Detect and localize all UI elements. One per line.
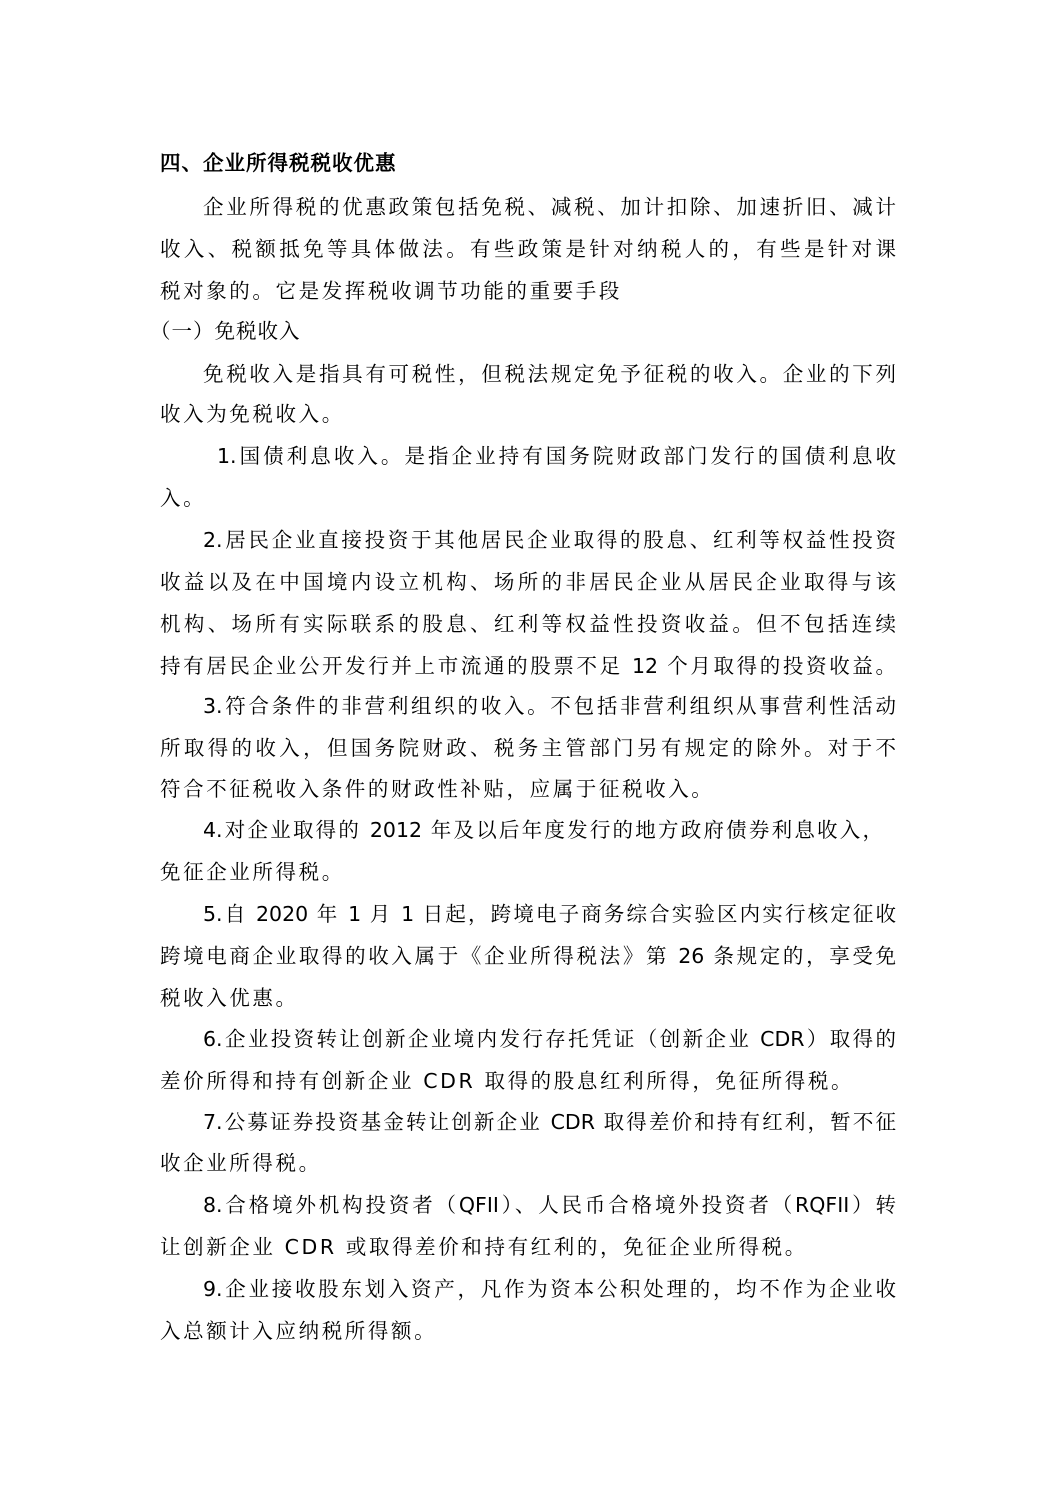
intro-line-3: 税对象的。它是发挥税收调节功能的重要手段 xyxy=(160,278,896,304)
intro-line-2: 收入、税额抵免等具体做法。有些政策是针对纳税人的，有些是针对课 xyxy=(160,236,896,262)
item-1-line-1: 1.国债利息收入。是指企业持有国务院财政部门发行的国债利息收 xyxy=(160,443,896,469)
item-3-line-3: 符合不征税收入条件的财政性补贴，应属于征税收入。 xyxy=(160,776,896,802)
item-8-line-2: 让创新企业 CDR 或取得差价和持有红利的，免征企业所得税。 xyxy=(160,1234,896,1260)
item-4-line-1: 4.对企业取得的 2012 年及以后年度发行的地方政府债券利息收入， xyxy=(160,817,883,843)
item-2-line-1: 2.居民企业直接投资于其他居民企业取得的股息、红利等权益性投资 xyxy=(160,527,896,553)
item-8-line-1: 8.合格境外机构投资者（QFII）、人民币合格境外投资者（RQFII）转 xyxy=(160,1192,896,1218)
item-4-line-2: 免征企业所得税。 xyxy=(160,859,896,885)
document-page: 四、企业所得税税收优惠 企业所得税的优惠政策包括免税、减税、加计扣除、加速折旧、… xyxy=(0,0,1059,1497)
definition-line-2: 收入为免税收入。 xyxy=(160,401,896,427)
item-6-line-1: 6.企业投资转让创新企业境内发行存托凭证（创新企业 CDR）取得的 xyxy=(160,1026,896,1052)
definition-line-1: 免税收入是指具有可税性，但税法规定免予征税的收入。企业的下列 xyxy=(160,361,896,387)
item-7-line-2: 收企业所得税。 xyxy=(160,1150,896,1176)
item-5-line-3: 税收入优惠。 xyxy=(160,985,896,1011)
item-6-line-2: 差价所得和持有创新企业 CDR 取得的股息红利所得，免征所得税。 xyxy=(160,1068,896,1094)
section-heading: 四、企业所得税税收优惠 xyxy=(160,150,896,176)
item-5-line-1: 5.自 2020 年 1 月 1 日起，跨境电子商务综合实验区内实行核定征收 xyxy=(160,901,896,927)
item-9-line-2: 入总额计入应纳税所得额。 xyxy=(160,1318,896,1344)
subsection-heading: （一）免税收入 xyxy=(150,318,886,344)
item-2-line-2: 收益以及在中国境内设立机构、场所的非居民企业从居民企业取得与该 xyxy=(160,569,896,595)
intro-line-1: 企业所得税的优惠政策包括免税、减税、加计扣除、加速折旧、减计 xyxy=(160,194,896,220)
item-7-line-1: 7.公募证券投资基金转让创新企业 CDR 取得差价和持有红利，暂不征 xyxy=(160,1109,896,1135)
item-3-line-2: 所取得的收入，但国务院财政、税务主管部门另有规定的除外。对于不 xyxy=(160,735,896,761)
item-5-line-2: 跨境电商企业取得的收入属于《企业所得税法》第 26 条规定的，享受免 xyxy=(160,943,896,969)
item-1-line-2: 入。 xyxy=(160,485,896,511)
item-2-line-3: 机构、场所有实际联系的股息、红利等权益性投资收益。但不包括连续 xyxy=(160,611,896,637)
item-2-line-4: 持有居民企业公开发行并上市流通的股票不足 12 个月取得的投资收益。 xyxy=(160,653,896,679)
item-3-line-1: 3.符合条件的非营利组织的收入。不包括非营利组织从事营利性活动 xyxy=(160,693,896,719)
item-9-line-1: 9.企业接收股东划入资产，凡作为资本公积处理的，均不作为企业收 xyxy=(160,1276,896,1302)
